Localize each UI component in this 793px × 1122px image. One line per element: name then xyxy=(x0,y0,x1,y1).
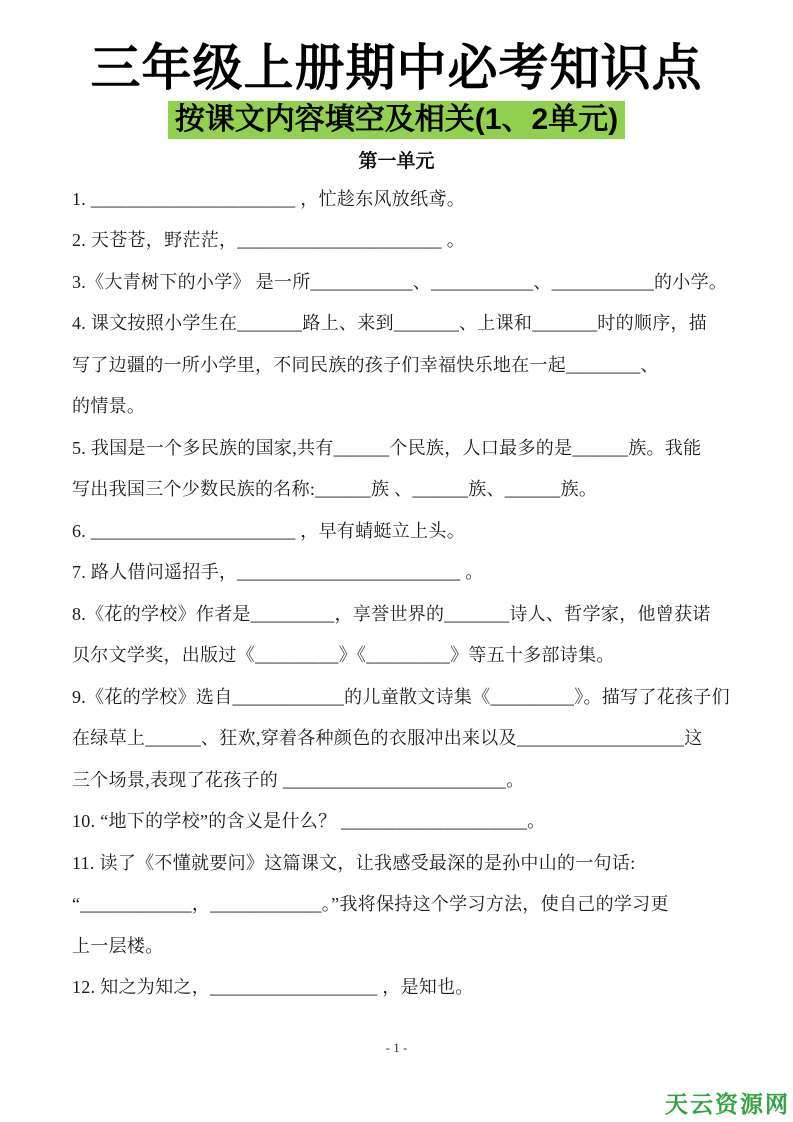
question-line: 的情景。 xyxy=(72,386,741,428)
watermark: 天云资源网 xyxy=(665,1086,790,1119)
question-line: 8.《花的学校》作者是_________，享誉世界的_______诗人、哲学家，… xyxy=(72,594,741,636)
question-line: “____________，____________。”我将保持这个学习方法，使… xyxy=(72,884,741,926)
question-line: 贝尔文学奖，出版过《_________》《_________》等五十多部诗集。 xyxy=(72,635,741,677)
question-line: 5. 我国是一个多民族的国家,共有______个民族，人口最多的是______族… xyxy=(72,428,741,470)
question-line: 三个场景,表现了花孩子的 ________________________。 xyxy=(72,760,741,802)
question-line: 在绿草上______、狂欢,穿着各种颜色的衣服冲出来以及____________… xyxy=(72,718,741,760)
question-line: 12. 知之为知之，__________________ ，是知也。 xyxy=(72,967,741,1009)
question-line: 写了边疆的一所小学里，不同民族的孩子们幸福快乐地在一起________、 xyxy=(72,345,741,387)
question-line: 6. ______________________ ，早有蜻蜓立上头。 xyxy=(72,511,741,553)
question-list: 1. ______________________ ，忙趁东风放纸鸢。2. 天苍… xyxy=(72,179,741,1009)
question-line: 3.《大青树下的小学》 是一所___________、___________、_… xyxy=(72,262,741,304)
subtitle-row: 按课文内容填空及相关(1、2单元) xyxy=(0,101,793,139)
document-subtitle: 按课文内容填空及相关(1、2单元) xyxy=(168,101,625,139)
question-line: 9.《花的学校》选自____________的儿童散文诗集《_________》… xyxy=(72,677,741,719)
question-line: 4. 课文按照小学生在_______路上、来到_______、上课和______… xyxy=(72,303,741,345)
question-line: 2. 天苍苍，野茫茫，______________________ 。 xyxy=(72,220,741,262)
question-line: 11. 读了《不懂就要问》这篇课文，让我感受最深的是孙中山的一句话: xyxy=(72,843,741,885)
question-line: 1. ______________________ ，忙趁东风放纸鸢。 xyxy=(72,179,741,221)
question-line: 10. “地下的学校”的含义是什么？ ____________________。 xyxy=(72,801,741,843)
section-heading: 第一单元 xyxy=(0,146,793,173)
question-line: 上一层楼。 xyxy=(72,926,741,968)
page-title: 三年级上册期中必考知识点 xyxy=(0,0,793,98)
page-number: - 1 - xyxy=(0,1040,793,1056)
question-line: 7. 路人借问遥招手，________________________ 。 xyxy=(72,552,741,594)
question-line: 写出我国三个少数民族的名称:______族 、______族、______族。 xyxy=(72,469,741,511)
worksheet-page: 三年级上册期中必考知识点 按课文内容填空及相关(1、2单元) 第一单元 1. _… xyxy=(0,0,793,1122)
